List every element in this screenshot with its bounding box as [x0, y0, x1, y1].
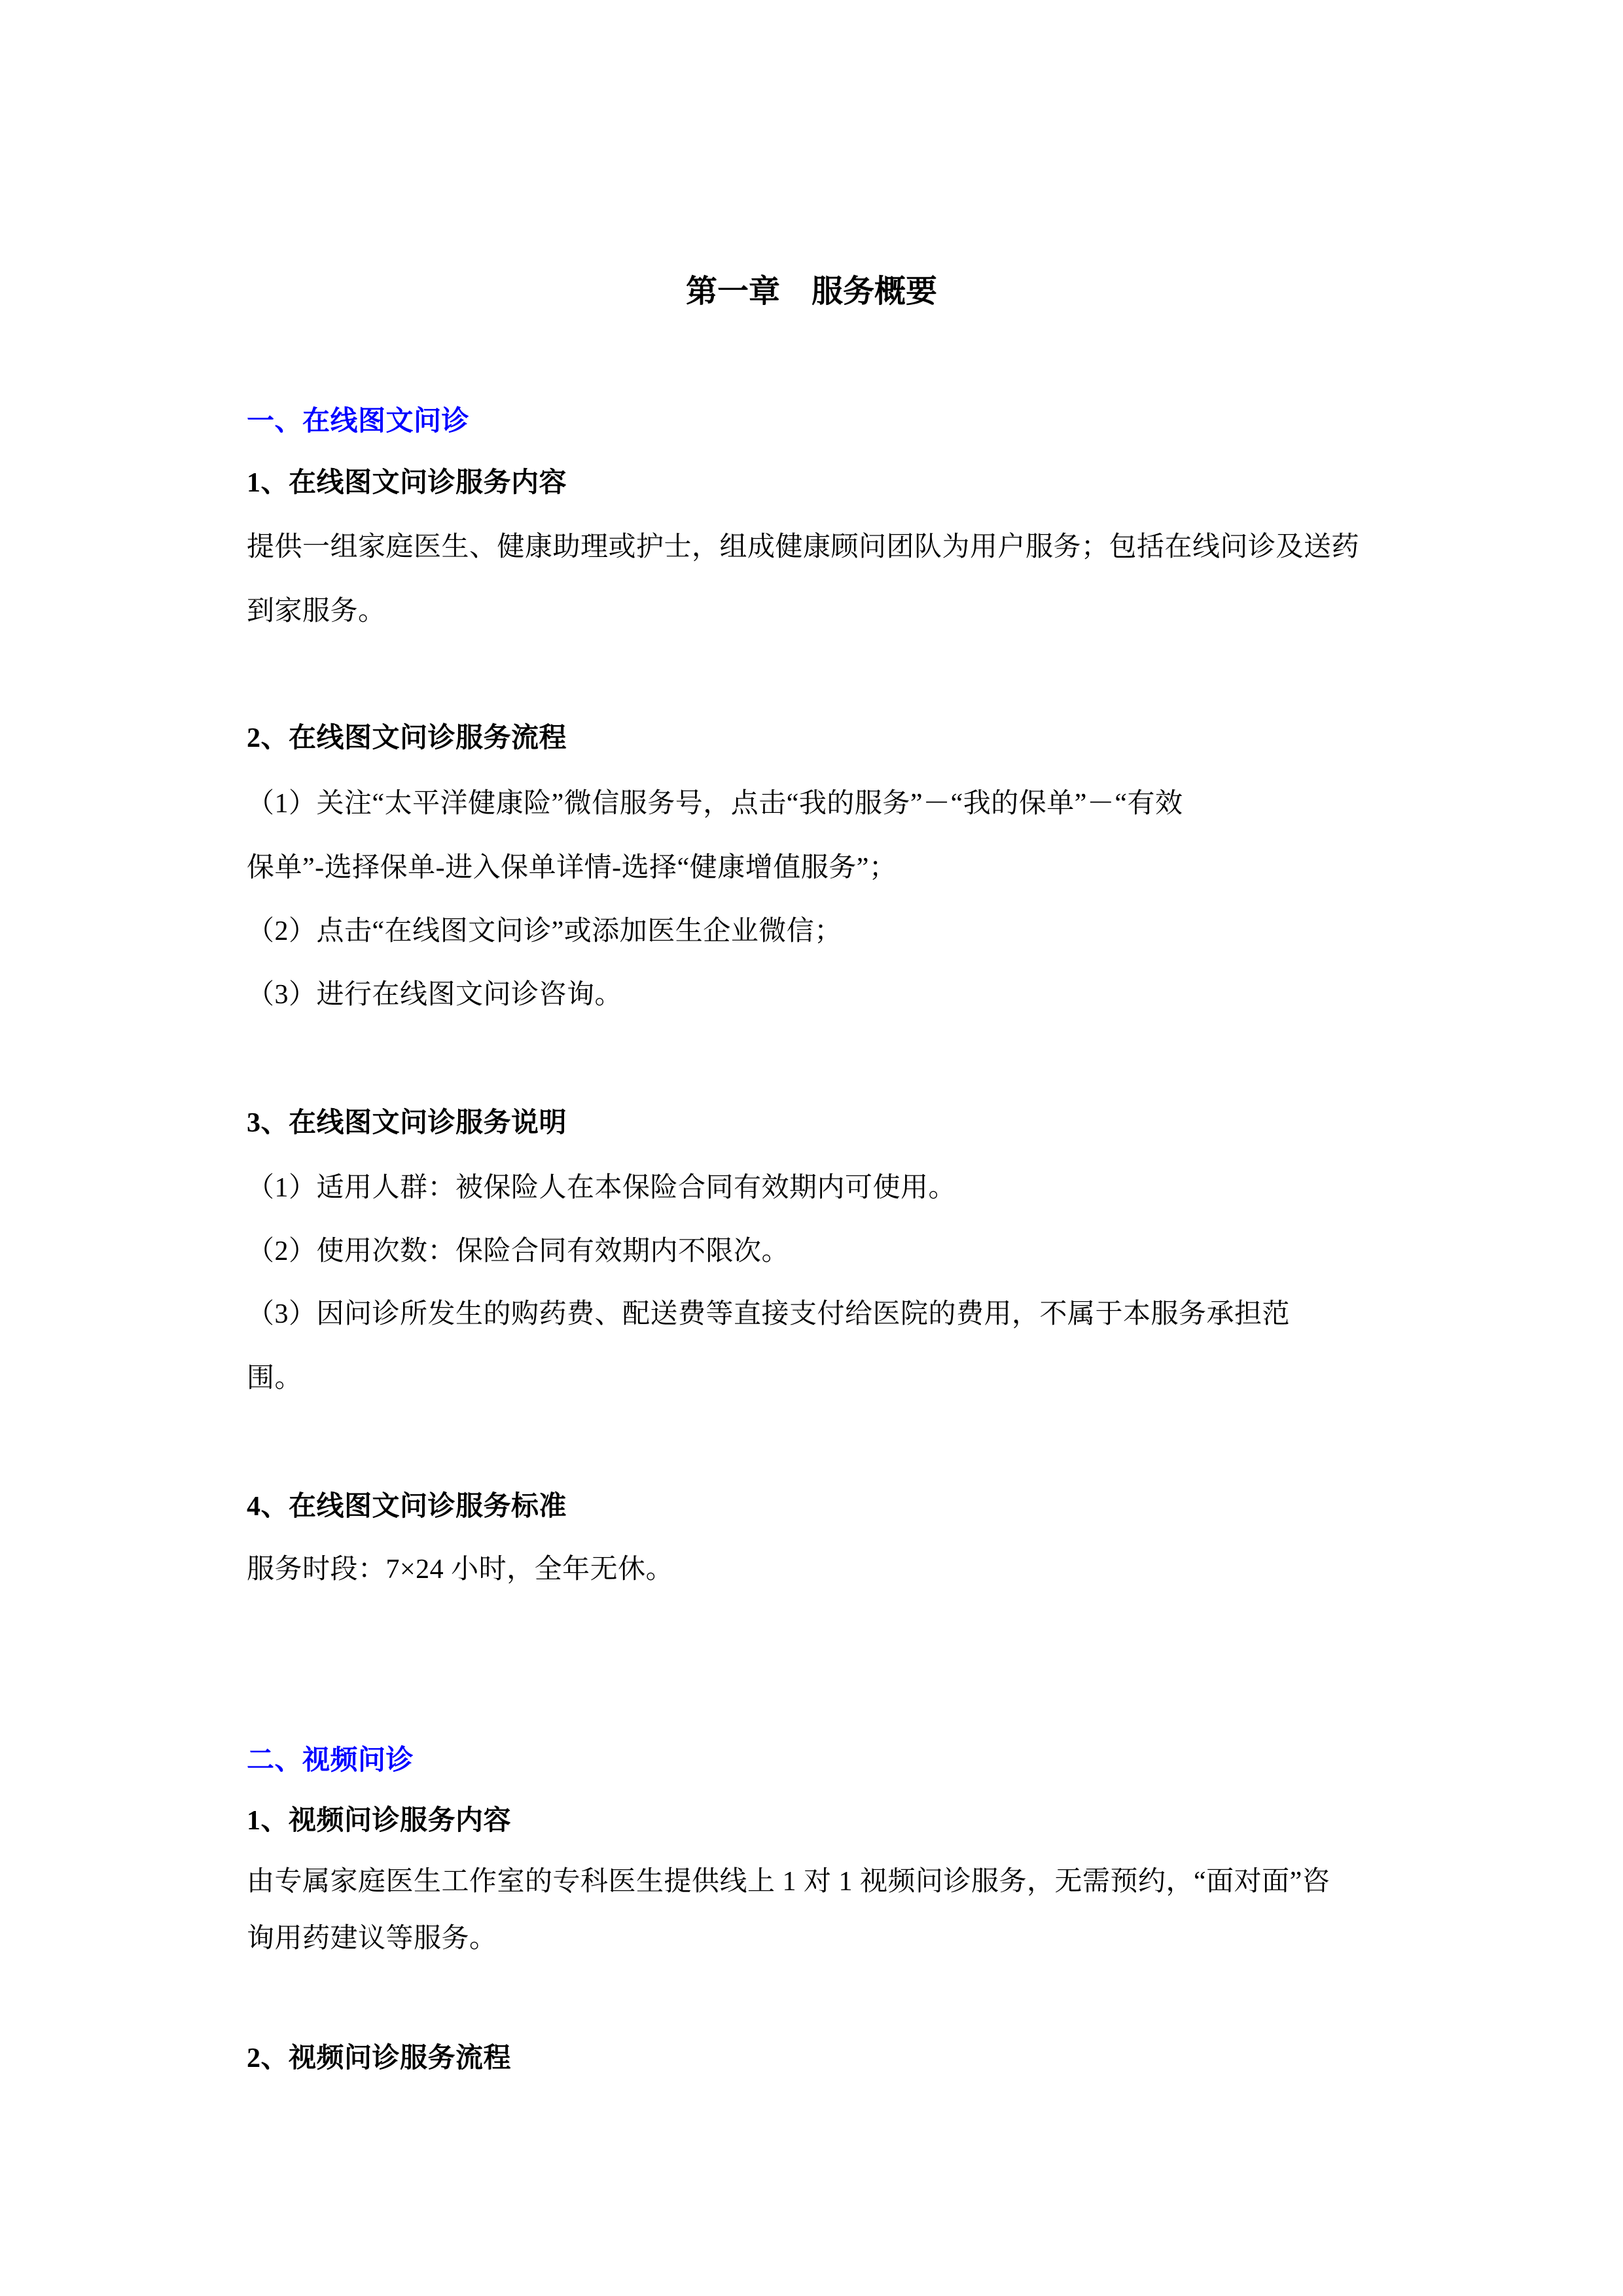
- body-line: 由专属家庭医生工作室的专科医生提供线上 1 对 1 视频问诊服务，无需预约，“面…: [247, 1850, 1385, 1914]
- list-item-step-3: （3）进行在线图文问诊咨询。: [247, 963, 1385, 1027]
- list-item-exclusions: （3）因问诊所发生的购药费、配送费等直接支付给医院的费用，不属于本服务承担范: [247, 1282, 1385, 1346]
- list-item-eligible-users: （1）适用人群：被保险人在本保险合同有效期内可使用。: [247, 1156, 1385, 1220]
- subsection-heading-service-standard: 4、在线图文问诊服务标准: [247, 1475, 1385, 1539]
- subsection-heading-video-process: 2、视频问诊服务流程: [247, 2026, 1385, 2090]
- subsection-heading-video-content: 1、视频问诊服务内容: [247, 1789, 1385, 1853]
- list-item-step-1: （1）关注“太平洋健康险”微信服务号，点击“我的服务”－“我的保单”－“有效: [247, 772, 1385, 836]
- chapter-title: 第一章 服务概要: [0, 260, 1623, 324]
- body-line: 提供一组家庭医生、健康助理或护士，组成健康顾问团队为用户服务；包括在线问诊及送药: [247, 515, 1385, 579]
- document-page: 第一章 服务概要 一、在线图文问诊 1、在线图文问诊服务内容 提供一组家庭医生、…: [0, 0, 1623, 2296]
- list-item-step-2: （2）点击“在线图文问诊”或添加医生企业微信；: [247, 899, 1385, 963]
- list-item-exclusions-continued: 围。: [247, 1346, 1385, 1410]
- subsection-heading-service-process: 2、在线图文问诊服务流程: [247, 706, 1385, 770]
- body-line: 询用药建议等服务。: [247, 1907, 1385, 1971]
- subsection-heading-service-notes: 3、在线图文问诊服务说明: [247, 1091, 1385, 1155]
- section-heading-video-consultation: 二、视频问诊: [247, 1729, 1385, 1793]
- list-item-step-1-continued: 保单”-选择保单-进入保单详情-选择“健康增值服务”；: [247, 836, 1385, 900]
- section-heading-online-consultation: 一、在线图文问诊: [247, 389, 1385, 454]
- list-item-usage-count: （2）使用次数：保险合同有效期内不限次。: [247, 1219, 1385, 1283]
- subsection-heading-service-content: 1、在线图文问诊服务内容: [247, 451, 1385, 515]
- body-line: 到家服务。: [247, 579, 1385, 643]
- body-line-service-hours: 服务时段：7×24 小时，全年无休。: [247, 1537, 1385, 1602]
